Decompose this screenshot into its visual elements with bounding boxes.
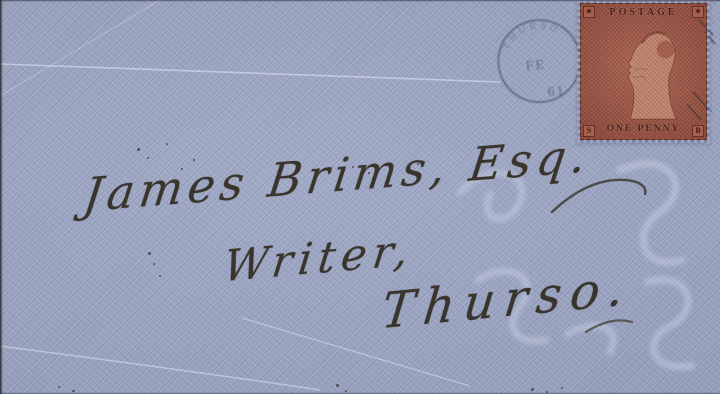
ink-speck [159,275,161,277]
ink-speck [147,157,149,159]
scan-edge-top [0,0,720,2]
ink-speck [561,387,563,389]
ink-speck [417,163,419,165]
ink-speck [193,159,195,161]
envelope-scan: THURSO FE 61 POSTAGE ONE PENNY ✶ ✶ S B [0,0,720,394]
ink-speck [137,148,140,151]
pen-flourish [0,0,720,394]
ink-speck [368,172,370,174]
scan-edge-left [0,0,3,394]
